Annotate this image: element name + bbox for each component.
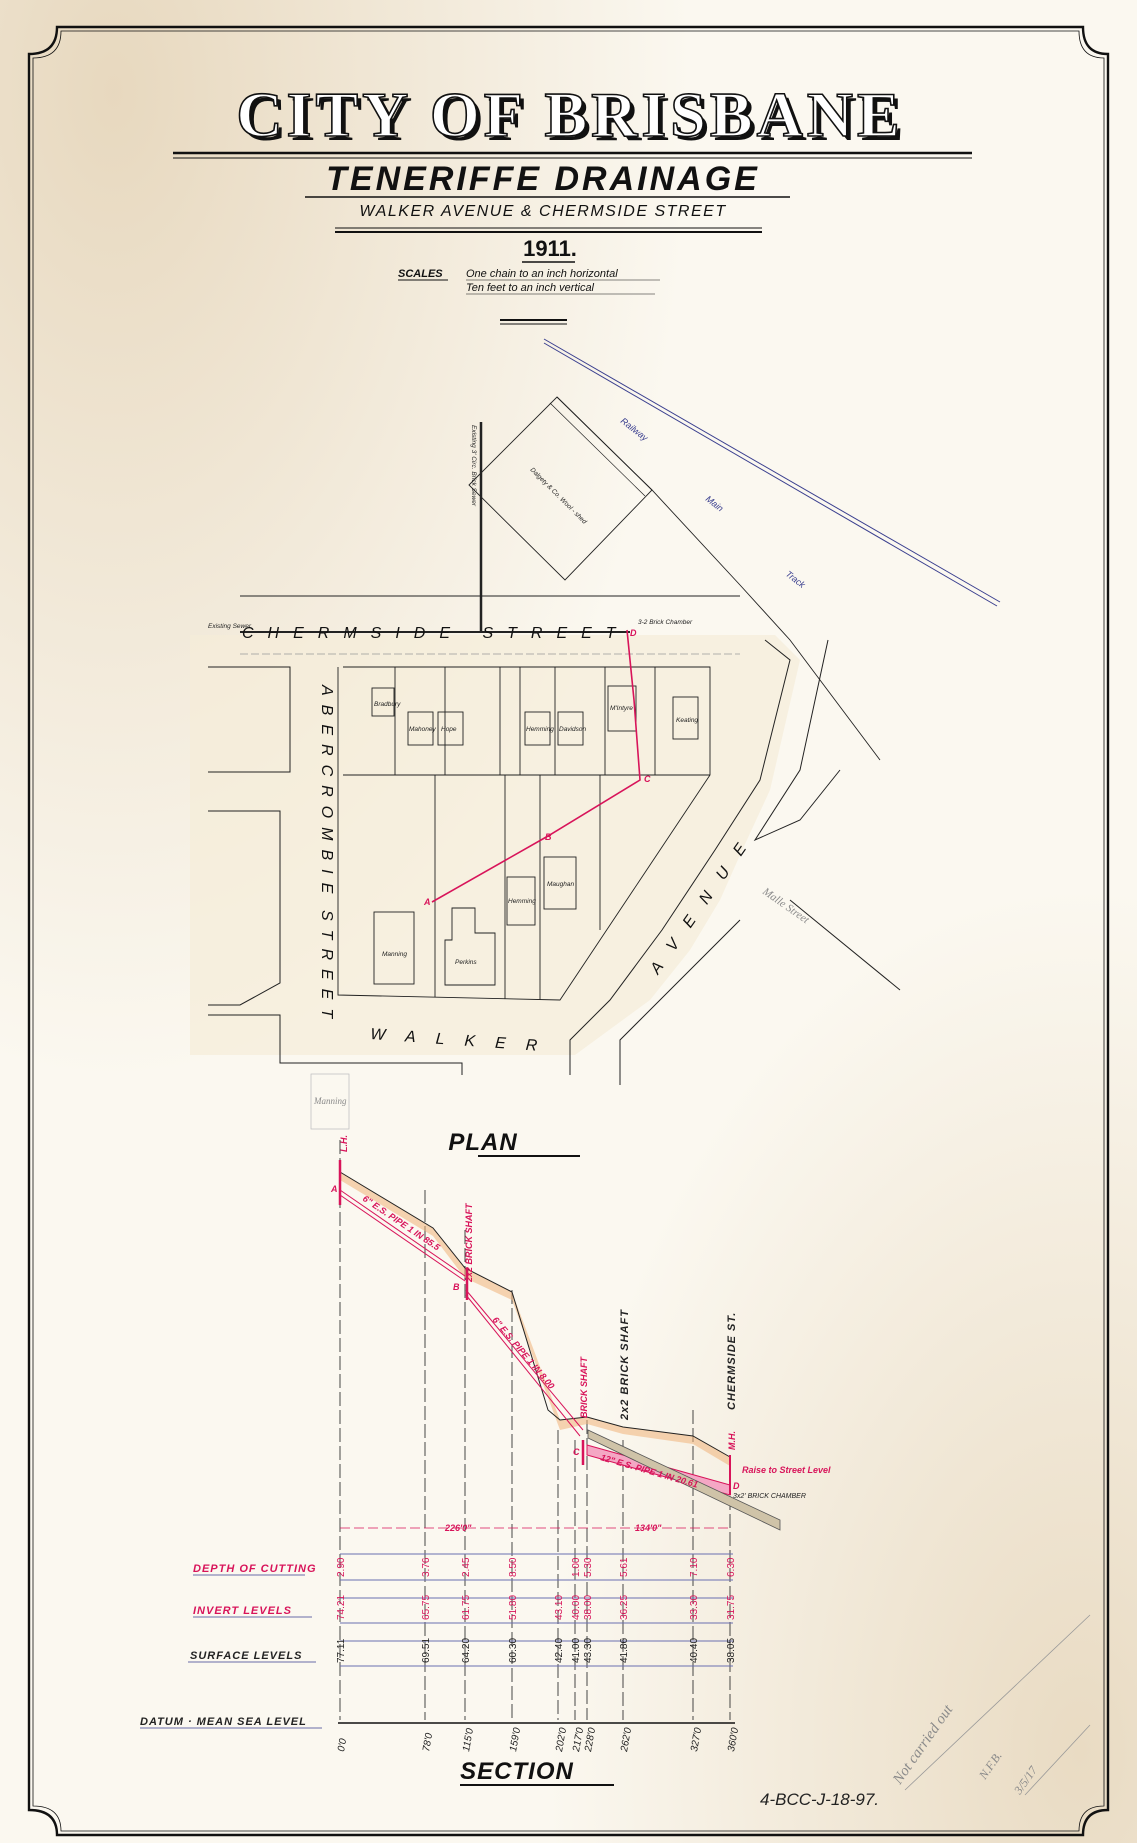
main-label: Main xyxy=(704,494,726,514)
owner-label: Davidson xyxy=(559,726,586,733)
section-value: 41.00 xyxy=(571,1638,582,1663)
owner-label: Manning xyxy=(382,951,407,958)
margin-note: Manning xyxy=(313,1096,347,1106)
malle-street-note: Malle Street xyxy=(759,885,811,927)
lh-label: L.H. xyxy=(339,1135,349,1152)
section-value: 7.10 xyxy=(689,1557,700,1577)
dimension-134: 134'0" xyxy=(635,1523,662,1533)
section-value: 51.80 xyxy=(508,1595,519,1620)
plan-heading: PLAN xyxy=(448,1129,517,1156)
shaft-b-label: 2x2 BRICK SHAFT xyxy=(464,1202,474,1283)
chermside-street-label: CHERMSIDE STREET xyxy=(242,625,630,642)
invert-row-label: INVERT LEVELS xyxy=(193,1605,292,1617)
scale-horizontal: One chain to an inch horizontal xyxy=(466,268,618,280)
section-value: 36.25 xyxy=(619,1595,630,1620)
pencil-note: Not carried out xyxy=(890,1702,957,1788)
dimension-226: 226'0" xyxy=(444,1523,472,1533)
owner-label: Perkins xyxy=(455,959,477,966)
wool-shed-label: Dalgety & Co. Wool - shed xyxy=(529,466,588,525)
section-view: L.H. A B C D 6" E.S. PIPE 1 IN 85.5 6" E… xyxy=(140,1135,831,1785)
section-value: 2.90 xyxy=(336,1557,347,1577)
pipe-cd-label: 12" E.S. PIPE 1 IN 20.61 xyxy=(599,1452,699,1489)
section-value: 5.30 xyxy=(583,1557,594,1577)
chainage-label: 78'0 xyxy=(421,1732,435,1753)
scales-label: SCALES xyxy=(398,268,443,280)
existing-brick-sewer-label: Existing 3' Circ. Brick Sewer xyxy=(470,425,477,507)
section-point-d: D xyxy=(733,1481,740,1491)
drawing-year: 1911. xyxy=(523,236,577,261)
owner-label: Mahoney xyxy=(409,726,436,733)
chainage-label: 262'0 xyxy=(619,1726,634,1753)
track-label: Track xyxy=(784,569,808,591)
point-d-label: D xyxy=(630,628,637,638)
section-value: 38.05 xyxy=(726,1638,737,1663)
chermside-st-label: CHERMSIDE ST. xyxy=(726,1312,738,1410)
section-value: 3.76 xyxy=(421,1557,432,1577)
section-value: 38.00 xyxy=(583,1595,594,1620)
shaft-mid-label: 2x2 BRICK SHAFT xyxy=(619,1309,631,1421)
section-point-a: A xyxy=(330,1184,338,1194)
section-value: 6.30 xyxy=(726,1557,737,1577)
section-value: 31.75 xyxy=(726,1595,737,1620)
section-value: 64.20 xyxy=(461,1638,472,1663)
brick-chamber-label: 3-2 Brick Chamber xyxy=(638,619,693,626)
datum-label: DATUM · MEAN SEA LEVEL xyxy=(140,1716,307,1728)
owner-label: Bradbury xyxy=(374,701,401,708)
chainage-label: 115'0 xyxy=(461,1727,476,1752)
mh-label: M.H. xyxy=(727,1431,737,1450)
title-block: CITY OF BRISBANE CITY OF BRISBANE TENERI… xyxy=(173,79,972,324)
owner-label: Hemming xyxy=(526,726,554,733)
section-value: 74.21 xyxy=(336,1595,347,1620)
abercrombie-label: ABERCROMBIE xyxy=(318,684,335,902)
surface-row-label: SURFACE LEVELS xyxy=(190,1650,302,1662)
section-value: 41.86 xyxy=(619,1638,630,1663)
initials: N.F.B. xyxy=(975,1749,1004,1783)
section-value: 2.45 xyxy=(461,1557,472,1577)
note-date: 3/5/17 xyxy=(1010,1763,1040,1798)
section-point-b: B xyxy=(453,1282,460,1292)
plan-view: Railway Main Track Dalgety & Co. Wool - … xyxy=(190,339,1000,1156)
section-values: 2.903.762.458.501.005.305.617.106.3074.2… xyxy=(336,1557,741,1753)
owner-label: Keating xyxy=(676,717,698,724)
drawing-reference: 4-BCC-J-18-97. xyxy=(760,1790,879,1809)
section-value: 5.61 xyxy=(619,1557,630,1577)
point-a-label: A xyxy=(423,897,431,907)
chainage-label: 159'0 xyxy=(508,1726,523,1752)
section-value: 43.30 xyxy=(583,1638,594,1663)
section-heading: SECTION xyxy=(460,1758,574,1785)
scale-vertical: Ten feet to an inch vertical xyxy=(466,282,595,294)
section-value: 8.50 xyxy=(508,1557,519,1577)
section-value: 1.00 xyxy=(571,1557,582,1577)
section-value: 40.40 xyxy=(689,1638,700,1663)
shaft-c-label: BRICK SHAFT xyxy=(579,1356,589,1418)
section-value: 60.30 xyxy=(508,1638,519,1663)
chainage-label: 360'0 xyxy=(726,1726,741,1752)
railway-label: Railway xyxy=(619,416,650,444)
drainage-drawing: CITY OF BRISBANE CITY OF BRISBANE TENERI… xyxy=(0,0,1137,1843)
chainage-label: 202'0 xyxy=(554,1726,569,1753)
city-title: CITY OF BRISBANE xyxy=(236,79,903,150)
railway-track: Railway Main Track xyxy=(544,339,1000,606)
owner-label: Hope xyxy=(441,726,457,733)
abercrombie-street-label: STREET xyxy=(318,910,335,1027)
owner-label: M'Intyre xyxy=(610,705,633,712)
brick-chamber-note: 3x2' BRICK CHAMBER xyxy=(733,1493,806,1500)
section-value: 42.40 xyxy=(554,1638,565,1663)
depth-row-label: DEPTH OF CUTTING xyxy=(193,1563,317,1575)
owner-label: Hemming xyxy=(508,898,536,905)
section-value: 40.00 xyxy=(571,1595,582,1620)
section-value: 43.10 xyxy=(554,1595,565,1620)
point-c-label: C xyxy=(644,774,651,784)
section-value: 33.30 xyxy=(689,1595,700,1620)
section-value: 61.75 xyxy=(461,1595,472,1620)
chainage-label: 327'0 xyxy=(689,1726,704,1752)
section-value: 77.11 xyxy=(336,1638,347,1663)
chainage-label: 0'0 xyxy=(336,1737,349,1752)
owner-label: Maughan xyxy=(547,881,574,888)
location-line: WALKER AVENUE & CHERMSIDE STREET xyxy=(359,203,726,220)
pipe-ab-label: 6" E.S. PIPE 1 IN 85.5 xyxy=(361,1193,443,1253)
section-point-c: C xyxy=(573,1447,580,1457)
raise-note: Raise to Street Level xyxy=(742,1465,831,1475)
drawing-subtitle: TENERIFFE DRAINAGE xyxy=(326,160,760,198)
point-b-label: B xyxy=(545,832,552,842)
section-value: 69.51 xyxy=(421,1638,432,1663)
section-value: 65.75 xyxy=(421,1595,432,1620)
footer-annotations: 4-BCC-J-18-97. Not carried out N.F.B. 3/… xyxy=(760,1615,1090,1809)
